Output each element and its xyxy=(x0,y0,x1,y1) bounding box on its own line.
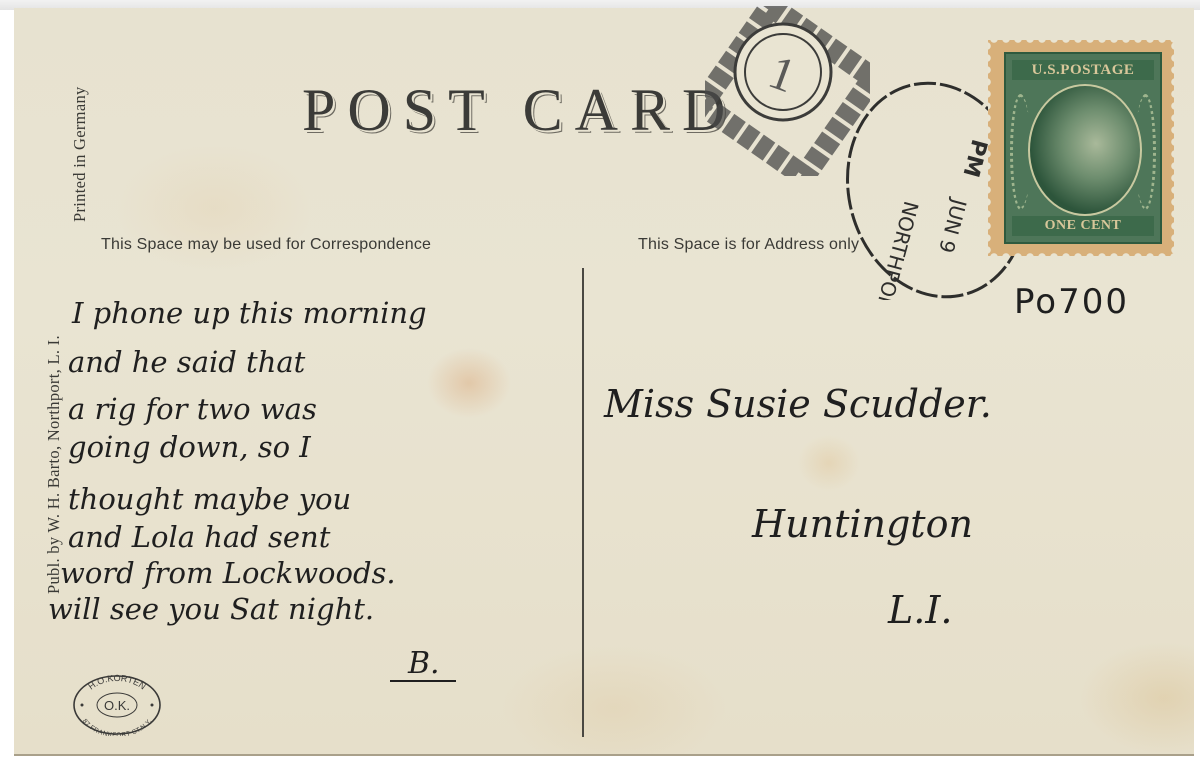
message-line: I phone up this morning xyxy=(72,296,427,330)
svg-text:O.K.: O.K. xyxy=(104,698,130,713)
korten-backstamp-icon: H.O.KORTEN O.K. 87 FRANKFORT ST.N.Y. xyxy=(72,674,162,736)
reference-number: Po700 xyxy=(1014,282,1129,322)
svg-text:PM: PM xyxy=(957,136,991,179)
svg-text:JUN 9: JUN 9 xyxy=(934,195,972,256)
svg-text:H.O.KORTEN: H.O.KORTEN xyxy=(86,674,147,692)
message-line: going down, so I xyxy=(68,430,311,464)
franklin-portrait-icon xyxy=(1028,84,1142,216)
signature-underline xyxy=(390,680,456,682)
correspondence-label: This Space may be used for Correspondenc… xyxy=(101,236,431,254)
address-label: This Space is for Address only xyxy=(638,236,859,254)
message-line: word from Lockwoods. xyxy=(60,556,396,590)
stamp-bottom-text: ONE CENT xyxy=(1012,216,1154,236)
recipient-region: L.I. xyxy=(888,588,952,632)
message-line: and Lola had sent xyxy=(68,520,330,554)
stamp-top-text: U.S.POSTAGE xyxy=(1012,60,1154,80)
recipient-name: Miss Susie Scudder. xyxy=(604,382,992,426)
message-line: a rig for two was xyxy=(68,392,317,426)
message-line: will see you Sat night. xyxy=(48,592,374,626)
postage-stamp: U.S.POSTAGE ONE CENT xyxy=(1004,52,1162,244)
printed-in-credit: Printed in Germany xyxy=(70,86,90,222)
post-card-heading: POST CARD xyxy=(302,76,737,145)
message-line: and he said that xyxy=(68,345,305,379)
message-line: thought maybe you xyxy=(68,482,351,516)
center-divider xyxy=(582,268,584,737)
recipient-city: Huntington xyxy=(752,502,973,546)
signature: B. xyxy=(408,646,440,681)
svg-text:87 FRANKFORT ST.N.Y.: 87 FRANKFORT ST.N.Y. xyxy=(81,718,154,736)
